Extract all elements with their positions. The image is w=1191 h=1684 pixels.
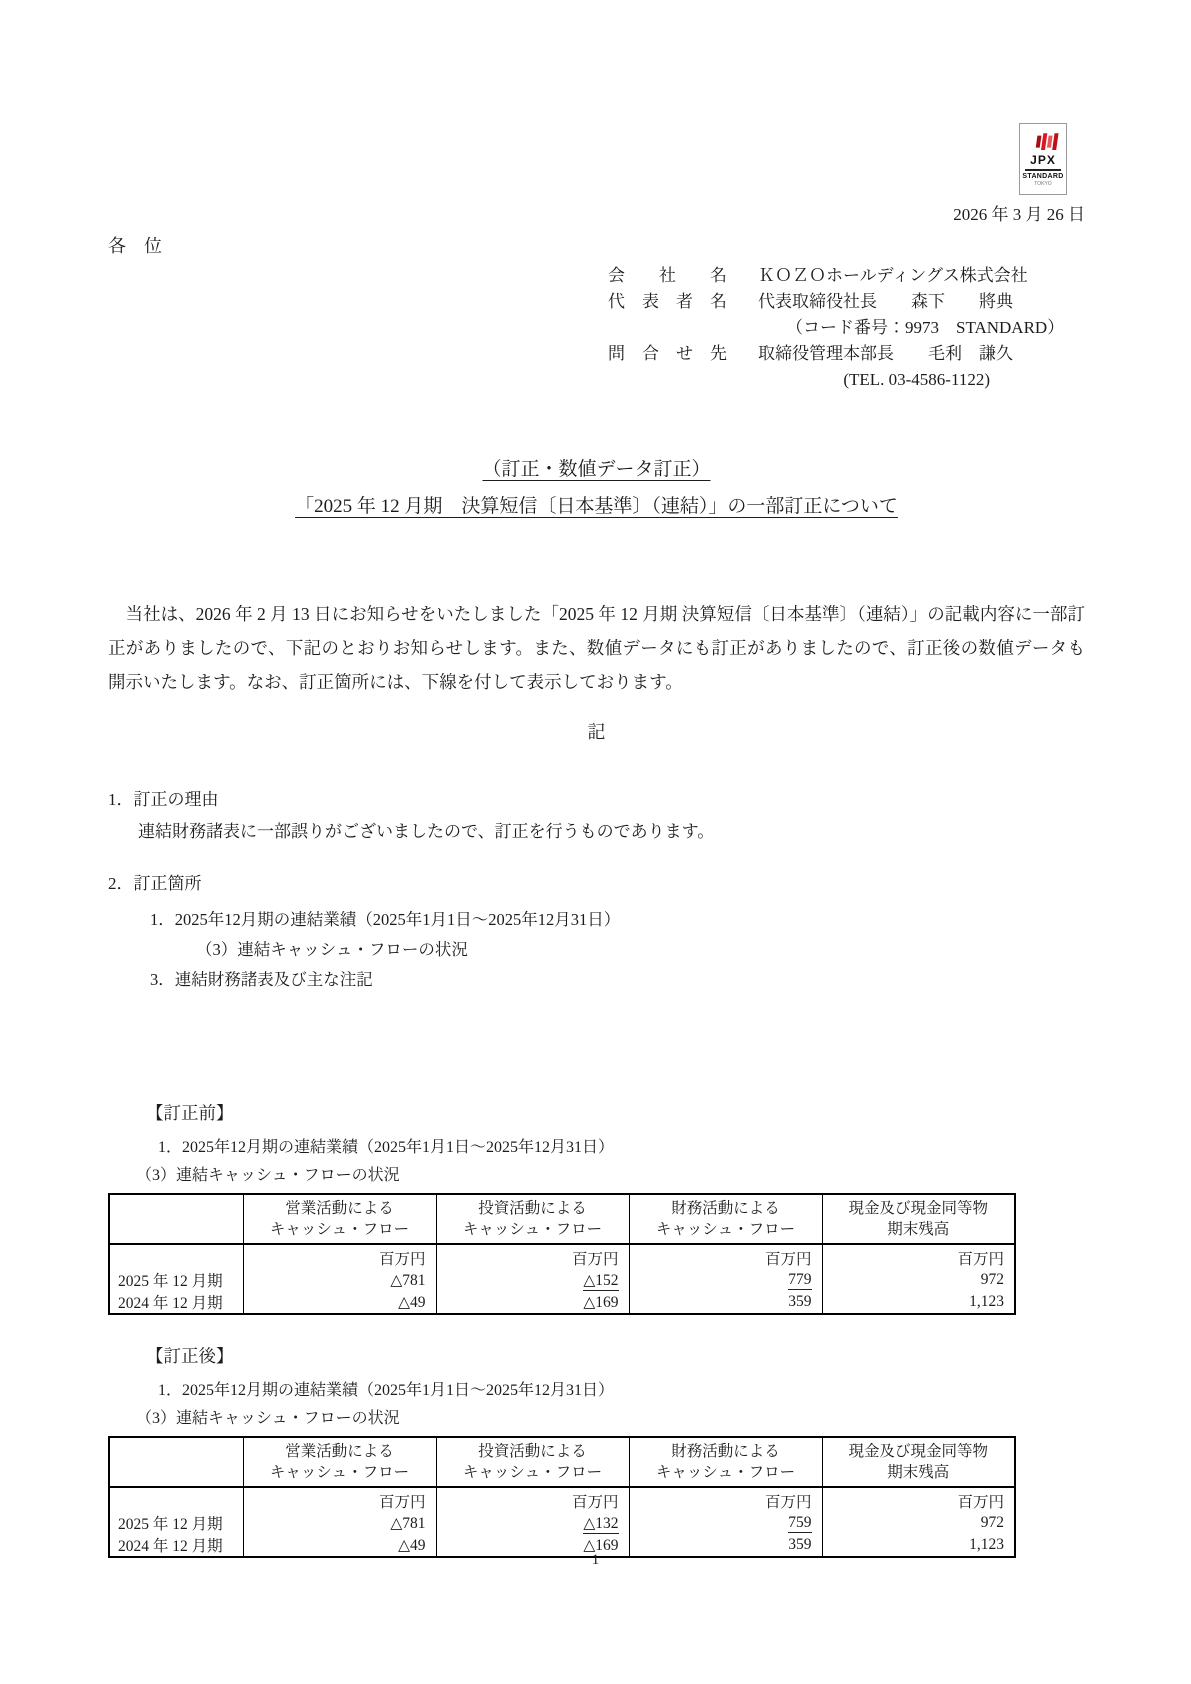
empty-header-cell — [109, 1437, 243, 1487]
row-label: 2025 年 12 月期 — [109, 1512, 243, 1534]
section-reason-text: 連結財務諸表に一部誤りがございましたので、訂正を行うものであります。 — [108, 819, 1085, 845]
table-header-row: 営業活動によるキャッシュ・フロー 投資活動によるキャッシュ・フロー 財務活動によ… — [109, 1194, 1015, 1244]
correction-after-block: 【訂正後】 1．2025年12月期の連結業績（2025年1月1日～2025年12… — [108, 1343, 1085, 1558]
header-operating-cf: 営業活動によるキャッシュ・フロー — [243, 1437, 436, 1487]
tel-value: (TEL. 03-4586-1122) — [758, 367, 1085, 393]
value-cell: 359 — [629, 1291, 822, 1314]
notice-marker: 記 — [108, 719, 1085, 745]
code-number-value: （コード番号：9973 STANDARD） — [758, 315, 1085, 341]
company-name-label: 会 社 名 — [608, 263, 758, 289]
unit-cell: 百万円 — [436, 1244, 629, 1269]
table-row-fy2024: 2024 年 12 月期 △49 △169 359 1,123 — [109, 1291, 1015, 1314]
section-locations-item-1: 1．2025年12月期の連結業績（2025年1月1日～2025年12月31日） — [108, 905, 1085, 935]
addressee: 各 位 — [108, 233, 1085, 259]
correction-after-sub-2: （3）連結キャッシュ・フローの状況 — [108, 1406, 1085, 1432]
header-financing-cf: 財務活動によるキャッシュ・フロー — [629, 1437, 822, 1487]
tel-row: (TEL. 03-4586-1122) — [608, 367, 1085, 393]
table-row-fy2025: 2025 年 12 月期 △781 △152 779 972 — [109, 1269, 1015, 1291]
document-title: （訂正・数値データ訂正） 「2025 年 12 月期 決算短信〔日本基準〕（連結… — [108, 451, 1085, 525]
header-operating-cf: 営業活動によるキャッシュ・フロー — [243, 1194, 436, 1244]
company-info-block: 会 社 名 ＫＯＺＯホールディングス株式会社 代 表 者 名 代表取締役社長 森… — [608, 263, 1085, 393]
section-locations-items: 1．2025年12月期の連結業績（2025年1月1日～2025年12月31日） … — [108, 905, 1085, 995]
code-number-row: （コード番号：9973 STANDARD） — [608, 315, 1085, 341]
value-cell: △49 — [243, 1291, 436, 1314]
unit-cell: 百万円 — [822, 1487, 1015, 1512]
document-content: 2026 年 3 月 26 日 各 位 会 社 名 ＫＯＺＯホールディングス株式… — [0, 0, 1191, 1558]
document-date: 2026 年 3 月 26 日 — [108, 203, 1085, 227]
unit-cell: 百万円 — [822, 1244, 1015, 1269]
value-cell-corrected: △152 — [436, 1269, 629, 1291]
section-locations-item-3: 3．連結財務諸表及び主な注記 — [108, 965, 1085, 995]
value-cell-corrected: △132 — [436, 1512, 629, 1534]
jpx-logo-divider — [1025, 169, 1061, 171]
cashflow-table-after: 営業活動によるキャッシュ・フロー 投資活動によるキャッシュ・フロー 財務活動によ… — [108, 1436, 1016, 1558]
value-cell: △169 — [436, 1291, 629, 1314]
contact-label: 問 合 せ 先 — [608, 341, 758, 367]
empty-header-cell — [109, 1194, 243, 1244]
contact-row: 問 合 せ 先 取締役管理本部長 毛利 謙久 — [608, 341, 1085, 367]
header-investing-cf: 投資活動によるキャッシュ・フロー — [436, 1437, 629, 1487]
empty-cell — [109, 1487, 243, 1512]
correction-after-sub-1: 1．2025年12月期の連結業績（2025年1月1日～2025年12月31日） — [108, 1378, 1085, 1404]
empty-cell — [109, 1244, 243, 1269]
page-number: 1 — [0, 1552, 1191, 1569]
unit-row: 百万円 百万円 百万円 百万円 — [109, 1487, 1015, 1512]
value-cell-corrected: 759 — [629, 1512, 822, 1534]
section-reason: 1．訂正の理由 連結財務諸表に一部誤りがございましたので、訂正を行うものでありま… — [108, 787, 1085, 845]
value-cell: △781 — [243, 1269, 436, 1291]
correction-before-block: 【訂正前】 1．2025年12月期の連結業績（2025年1月1日～2025年12… — [108, 1100, 1085, 1315]
jpx-logo-tier: STANDARD — [1022, 173, 1063, 181]
unit-cell: 百万円 — [243, 1487, 436, 1512]
value-cell: 972 — [822, 1269, 1015, 1291]
section-locations-heading: 2．訂正箇所 — [108, 871, 1085, 897]
header-financing-cf: 財務活動によるキャッシュ・フロー — [629, 1194, 822, 1244]
title-line-2: 「2025 年 12 月期 決算短信〔日本基準〕（連結）」の一部訂正について — [108, 488, 1085, 525]
code-number-label — [608, 315, 758, 341]
unit-cell: 百万円 — [629, 1487, 822, 1512]
unit-cell: 百万円 — [436, 1487, 629, 1512]
jpx-logo-market: TOKYO — [1034, 181, 1051, 188]
section-locations-item-2: （3）連結キャッシュ・フローの状況 — [108, 935, 1085, 965]
representative-row: 代 表 者 名 代表取締役社長 森下 將典 — [608, 289, 1085, 315]
header-cash-equivalents: 現金及び現金同等物期末残高 — [822, 1194, 1015, 1244]
unit-row: 百万円 百万円 百万円 百万円 — [109, 1244, 1015, 1269]
section-reason-heading: 1．訂正の理由 — [108, 787, 1085, 813]
title-line-1: （訂正・数値データ訂正） — [108, 451, 1085, 488]
document-page: JPX STANDARD TOKYO 2026 年 3 月 26 日 各 位 会… — [0, 0, 1191, 1684]
contact-value: 取締役管理本部長 毛利 謙久 — [758, 341, 1085, 367]
jpx-bars-icon — [1025, 130, 1061, 154]
jpx-logo-name: JPX — [1030, 154, 1056, 167]
value-cell: 1,123 — [822, 1291, 1015, 1314]
correction-before-heading: 【訂正前】 — [108, 1100, 1085, 1127]
value-cell: 972 — [822, 1512, 1015, 1534]
unit-cell: 百万円 — [243, 1244, 436, 1269]
representative-value: 代表取締役社長 森下 將典 — [758, 289, 1085, 315]
table-header-row: 営業活動によるキャッシュ・フロー 投資活動によるキャッシュ・フロー 財務活動によ… — [109, 1437, 1015, 1487]
correction-after-heading: 【訂正後】 — [108, 1343, 1085, 1370]
company-name-value: ＫＯＺＯホールディングス株式会社 — [758, 263, 1085, 289]
body-paragraph: 当社は、2026 年 2 月 13 日にお知らせをいたしました「2025 年 1… — [108, 597, 1085, 699]
representative-label: 代 表 者 名 — [608, 289, 758, 315]
header-investing-cf: 投資活動によるキャッシュ・フロー — [436, 1194, 629, 1244]
table-row-fy2025: 2025 年 12 月期 △781 △132 759 972 — [109, 1512, 1015, 1534]
correction-before-sub-2: （3）連結キャッシュ・フローの状況 — [108, 1163, 1085, 1189]
company-name-row: 会 社 名 ＫＯＺＯホールディングス株式会社 — [608, 263, 1085, 289]
unit-cell: 百万円 — [629, 1244, 822, 1269]
value-cell-corrected: 779 — [629, 1269, 822, 1291]
header-cash-equivalents: 現金及び現金同等物期末残高 — [822, 1437, 1015, 1487]
section-locations: 2．訂正箇所 1．2025年12月期の連結業績（2025年1月1日～2025年1… — [108, 871, 1085, 995]
value-cell: △781 — [243, 1512, 436, 1534]
row-label: 2025 年 12 月期 — [109, 1269, 243, 1291]
jpx-logo: JPX STANDARD TOKYO — [1019, 123, 1067, 195]
correction-before-sub-1: 1．2025年12月期の連結業績（2025年1月1日～2025年12月31日） — [108, 1135, 1085, 1161]
row-label: 2024 年 12 月期 — [109, 1291, 243, 1314]
cashflow-table-before: 営業活動によるキャッシュ・フロー 投資活動によるキャッシュ・フロー 財務活動によ… — [108, 1193, 1016, 1315]
tel-label — [608, 367, 758, 393]
